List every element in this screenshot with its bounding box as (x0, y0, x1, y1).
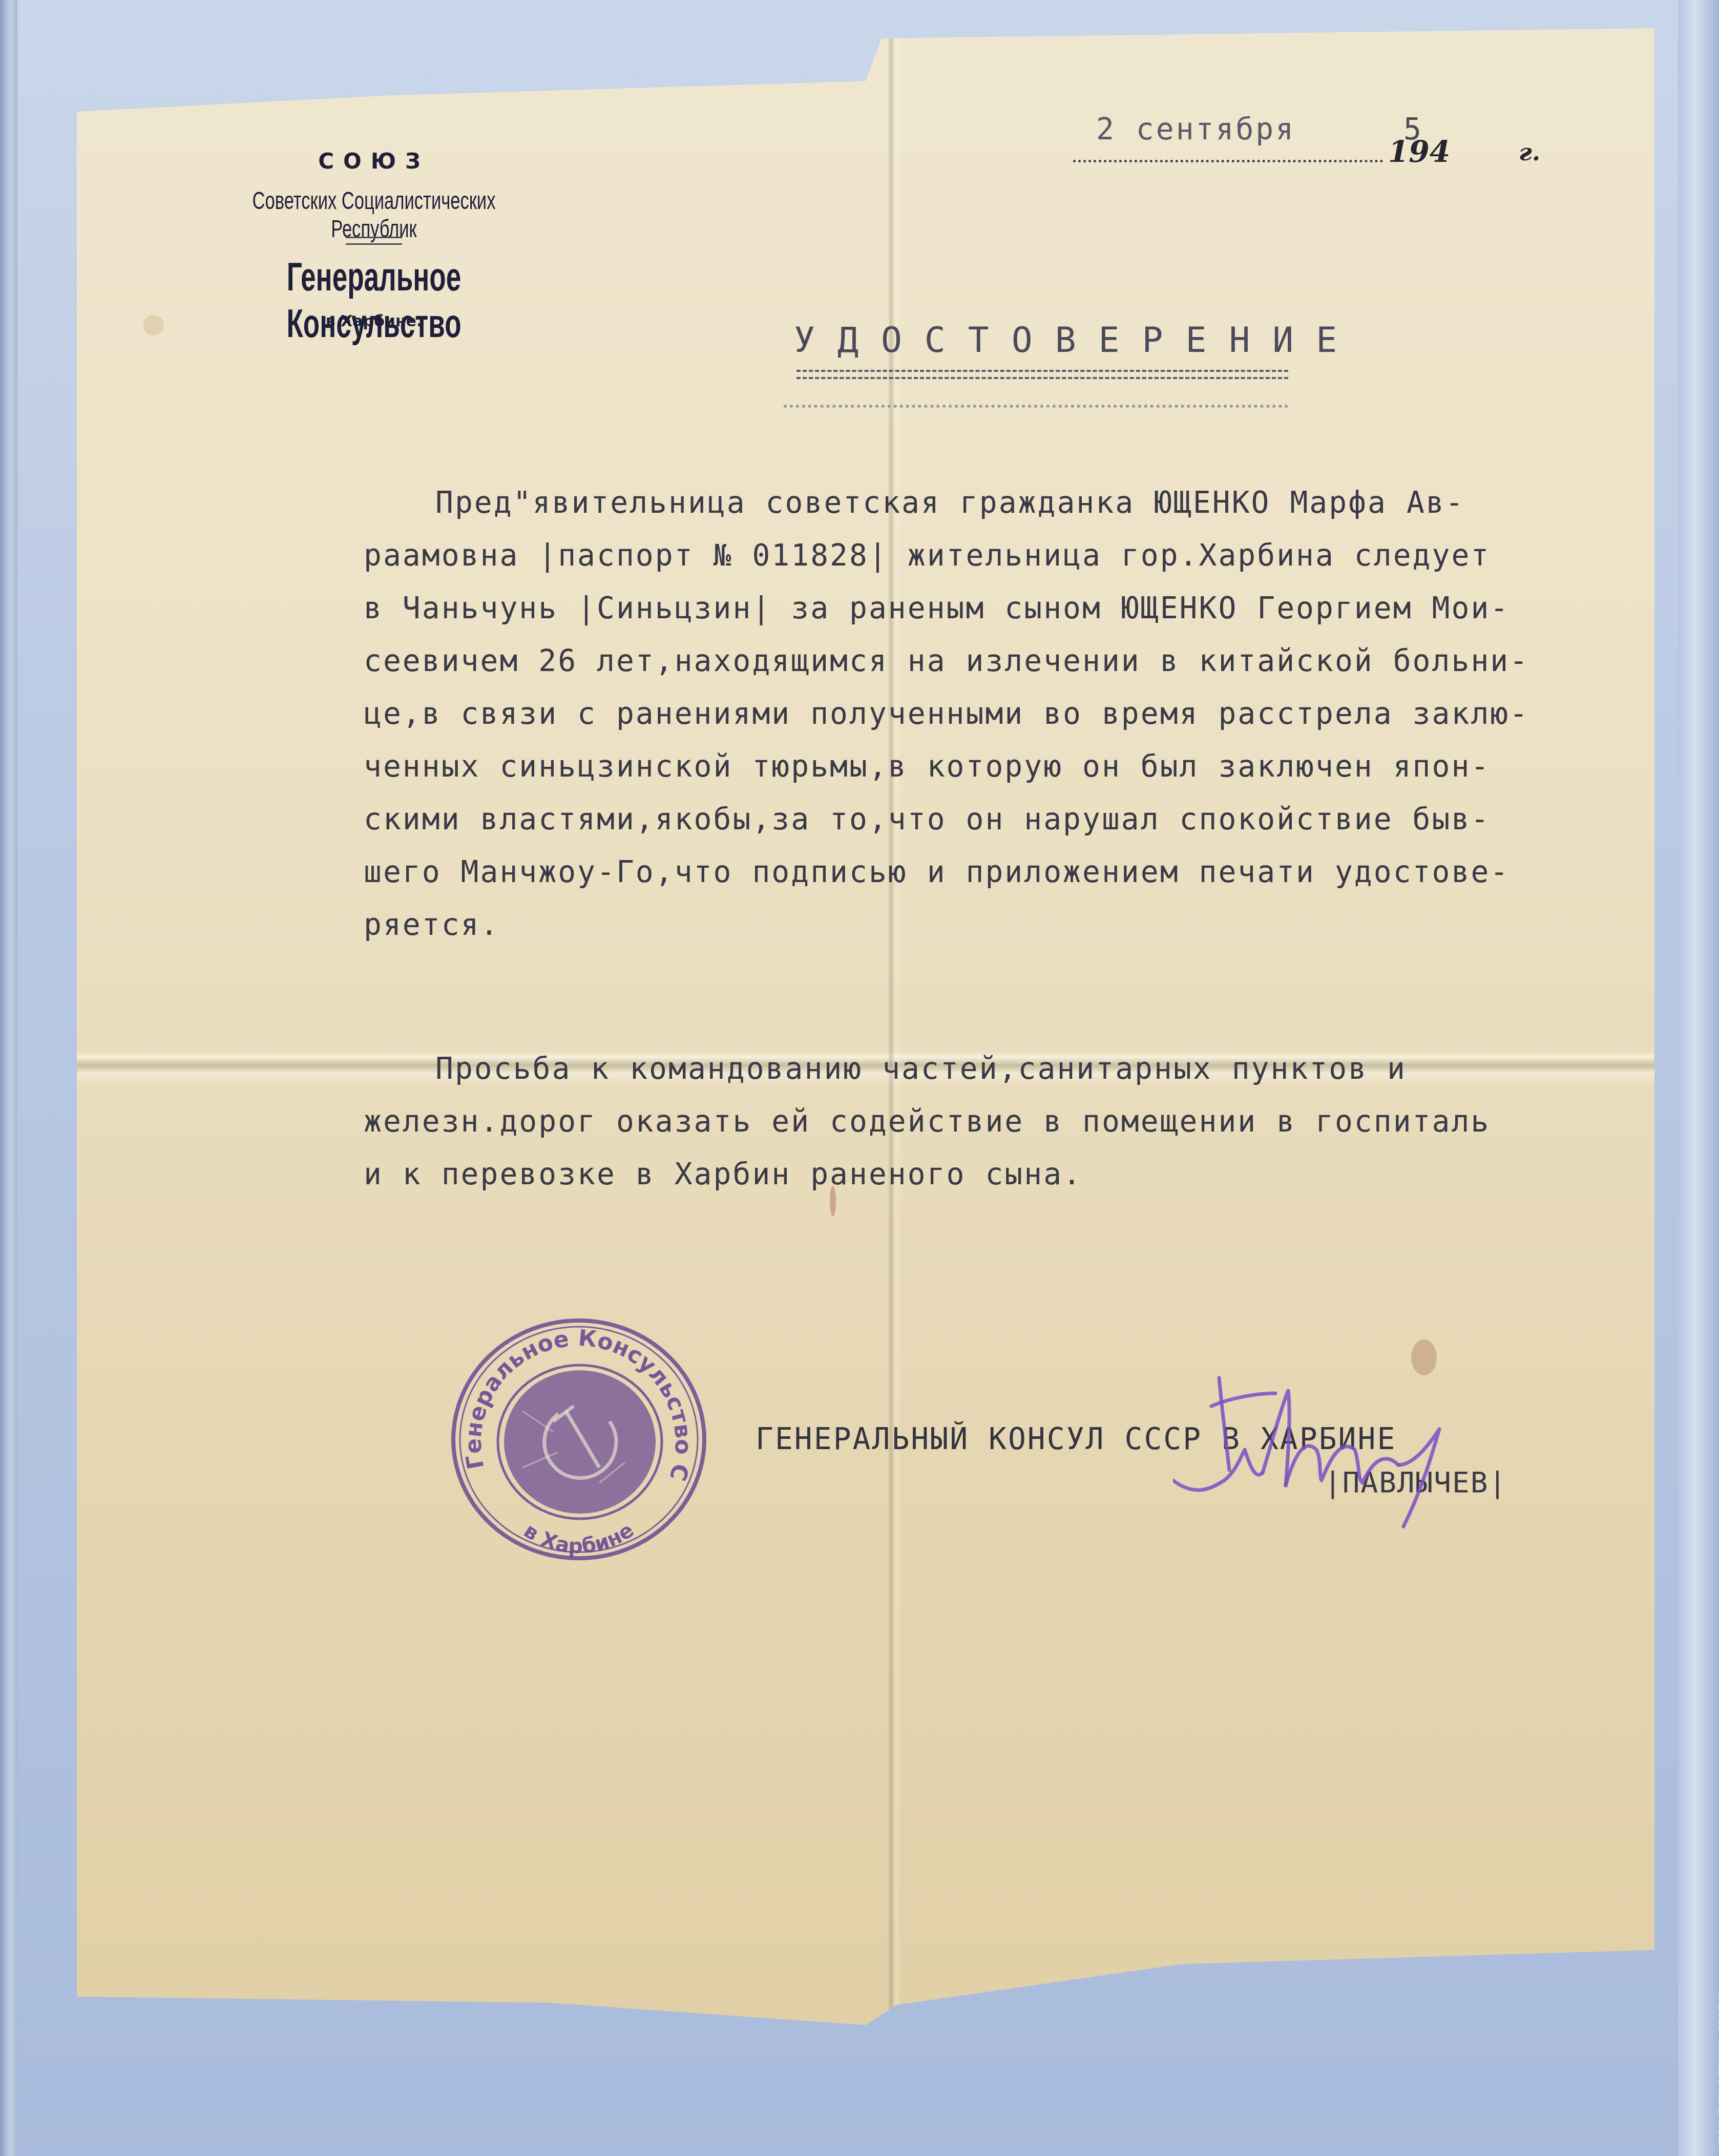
date-day-month: 2 сентября (1096, 112, 1295, 146)
paragraph-line: скими властями,якобы,за то,что он наруша… (364, 793, 1542, 846)
paragraph-line: железн.дорог оказать ей содействие в пом… (364, 1095, 1542, 1148)
paragraph-line: сеевичем 26 лет,находящимся на излечении… (364, 635, 1542, 687)
paragraph-line: и к перевозке в Харбин раненого сына. (364, 1148, 1542, 1201)
paragraph-line: ряется. (364, 898, 1542, 951)
paragraph-line: шего Манчжоу-Го,что подписью и приложени… (364, 846, 1542, 898)
title-double-underline (796, 370, 1288, 379)
date-dotted-line (1073, 157, 1383, 162)
title-dotted-underline (784, 405, 1288, 411)
paragraph-line: в Чаньчунь |Синьцзин| за раненым сыном Ю… (364, 582, 1542, 635)
body-paragraph-1: Пред"явительница советская гражданка ЮЩЕ… (364, 476, 1542, 951)
document-title: УДОСТОВЕРЕНИЕ (794, 320, 1359, 361)
paper-stain (143, 315, 164, 336)
date-year-digit: 5 (1403, 112, 1421, 146)
paragraph-line: це,в связи с ранениями полученными во вр… (364, 687, 1542, 740)
letterhead-union: СОЮЗ (164, 149, 584, 174)
background-frame-right (1678, 0, 1719, 2156)
paragraph-line: ченных синьцзинской тюрьмы,в которую он … (364, 740, 1542, 793)
watermark-brand: FALERISTIKA.INFO (1716, 2044, 1719, 2146)
stamp-seal-icon: Генеральное Консульство СССР в Харбине (446, 1314, 712, 1565)
site-watermark: FALERISTIKA.INFO https://faleristika.inf… (1716, 2044, 1719, 2146)
body-paragraph-2: Просьба к командованию частей,санитарных… (364, 1042, 1542, 1201)
background-frame-left (0, 0, 17, 2156)
paragraph-line: раамовна |паспорт № 011828| жительница г… (364, 529, 1542, 582)
letterhead-divider (346, 237, 402, 245)
letterhead-city: в Харбине. (164, 312, 584, 330)
paragraph-line: Просьба к командованию частей,санитарных… (364, 1042, 1542, 1095)
signature-icon (1173, 1363, 1532, 1537)
letterhead-ussr: Советских Социалистических Республик (223, 187, 525, 243)
handwritten-signature (1173, 1363, 1532, 1537)
letterhead-consulate: Генеральное Консульство (231, 254, 517, 347)
date-year-suffix: г. (1519, 138, 1540, 166)
consulate-stamp: Генеральное Консульство СССР в Харбине (446, 1314, 712, 1565)
paragraph-line: Пред"явительница советская гражданка ЮЩЕ… (364, 476, 1542, 529)
